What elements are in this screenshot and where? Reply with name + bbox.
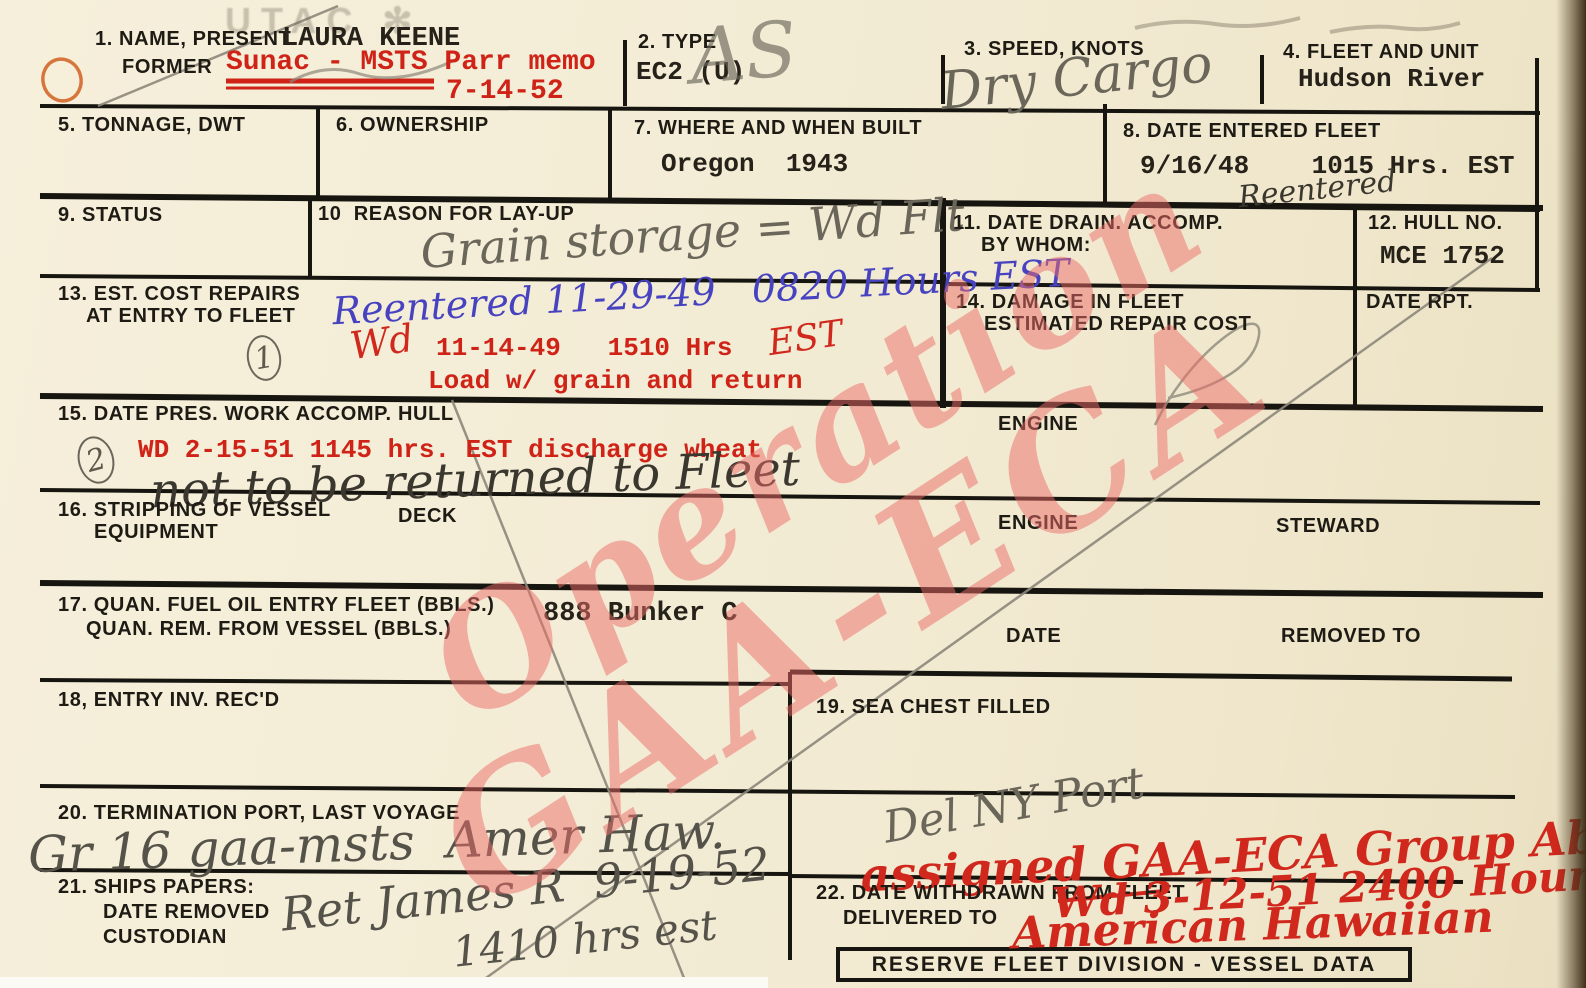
field-18-label: 18, ENTRY INV. REC'D bbox=[58, 689, 280, 712]
field-4-value: Hudson River bbox=[1298, 64, 1485, 94]
field-17-date-label: DATE bbox=[1006, 625, 1061, 648]
field-16-deck-label: DECK bbox=[398, 505, 457, 528]
field-13-red-handwriting-wd: Wd bbox=[347, 316, 416, 368]
field-13-red-typed-date: 11-14-49 1510 Hrs bbox=[436, 333, 732, 363]
field-14-date-rpt-label: DATE RPT. bbox=[1366, 291, 1473, 314]
field-15-label: 15. DATE PRES. WORK ACCOMP. bbox=[58, 403, 392, 426]
field-21-label-line2: DATE REMOVED bbox=[103, 901, 270, 924]
field-4-label: 4. FLEET AND UNIT bbox=[1283, 41, 1479, 64]
field-16-label-line1: 16. STRIPPING OF VESSEL bbox=[58, 499, 331, 522]
footer-title: RESERVE FLEET DIVISION - VESSEL DATA bbox=[838, 953, 1410, 977]
scan-edge-bottom bbox=[0, 977, 768, 988]
field-9-label: 9. STATUS bbox=[58, 204, 163, 227]
field-13-label-line2: AT ENTRY TO FLEET bbox=[86, 305, 295, 328]
field-17-label-line2: QUAN. REM. FROM VESSEL (BBLS.) bbox=[86, 618, 451, 641]
field-13-red-typed-note: Load w/ grain and return bbox=[428, 366, 802, 396]
field-22-label-line2: DELIVERED TO bbox=[843, 907, 998, 930]
field-13-label-line1: 13. EST. COST REPAIRS bbox=[58, 283, 300, 306]
field-11-label-line1: 11. DATE DRAIN. ACCOMP. bbox=[953, 212, 1223, 235]
field-5-label: 5. TONNAGE, DWT bbox=[58, 114, 246, 137]
field-16-steward-label: STEWARD bbox=[1276, 515, 1380, 538]
field-8-label: 8. DATE ENTERED FLEET bbox=[1123, 120, 1381, 143]
field-1-former-label: FORMER bbox=[122, 56, 212, 79]
field-17-label-line1: 17. QUAN. FUEL OIL ENTRY FLEET (BBLS.) bbox=[58, 594, 495, 617]
field-16-label-line2: EQUIPMENT bbox=[94, 521, 218, 544]
field-7-value: Oregon 1943 bbox=[661, 149, 848, 179]
scan-edge-shadow bbox=[1556, 0, 1586, 988]
field-1-red-date: 7-14-52 bbox=[446, 76, 564, 107]
field-16-engine-label: ENGINE bbox=[998, 512, 1078, 535]
field-21-label-line3: CUSTODIAN bbox=[103, 926, 227, 949]
field-15-engine-label: ENGINE bbox=[998, 413, 1078, 436]
field-15-hull-label: HULL bbox=[398, 403, 454, 426]
field-12-label: 12. HULL NO. bbox=[1368, 212, 1503, 235]
field-1-red-note: Sunac - MSTS Parr memo bbox=[226, 47, 596, 78]
vessel-data-card: UTAC ✻ 1. NAME, PRESENT LAURA KEENE FORM… bbox=[0, 0, 1586, 988]
field-2-handwriting: AS bbox=[686, 4, 800, 102]
field-21-label-line1: 21. SHIPS PAPERS: bbox=[58, 876, 255, 899]
field-17-value: 888 Bunker C bbox=[543, 599, 737, 629]
field-14-label-line1: 14. DAMAGE IN FLEET bbox=[956, 291, 1184, 314]
field-17-removed-to-label: REMOVED TO bbox=[1281, 625, 1421, 648]
field-7-label: 7. WHERE AND WHEN BUILT bbox=[634, 117, 922, 140]
field-6-label: 6. OWNERSHIP bbox=[336, 114, 489, 137]
field-19-label: 19. SEA CHEST FILLED bbox=[816, 696, 1051, 719]
field-12-value: MCE 1752 bbox=[1380, 241, 1505, 271]
field-14-label-line2: ESTIMATED REPAIR COST bbox=[984, 313, 1251, 336]
